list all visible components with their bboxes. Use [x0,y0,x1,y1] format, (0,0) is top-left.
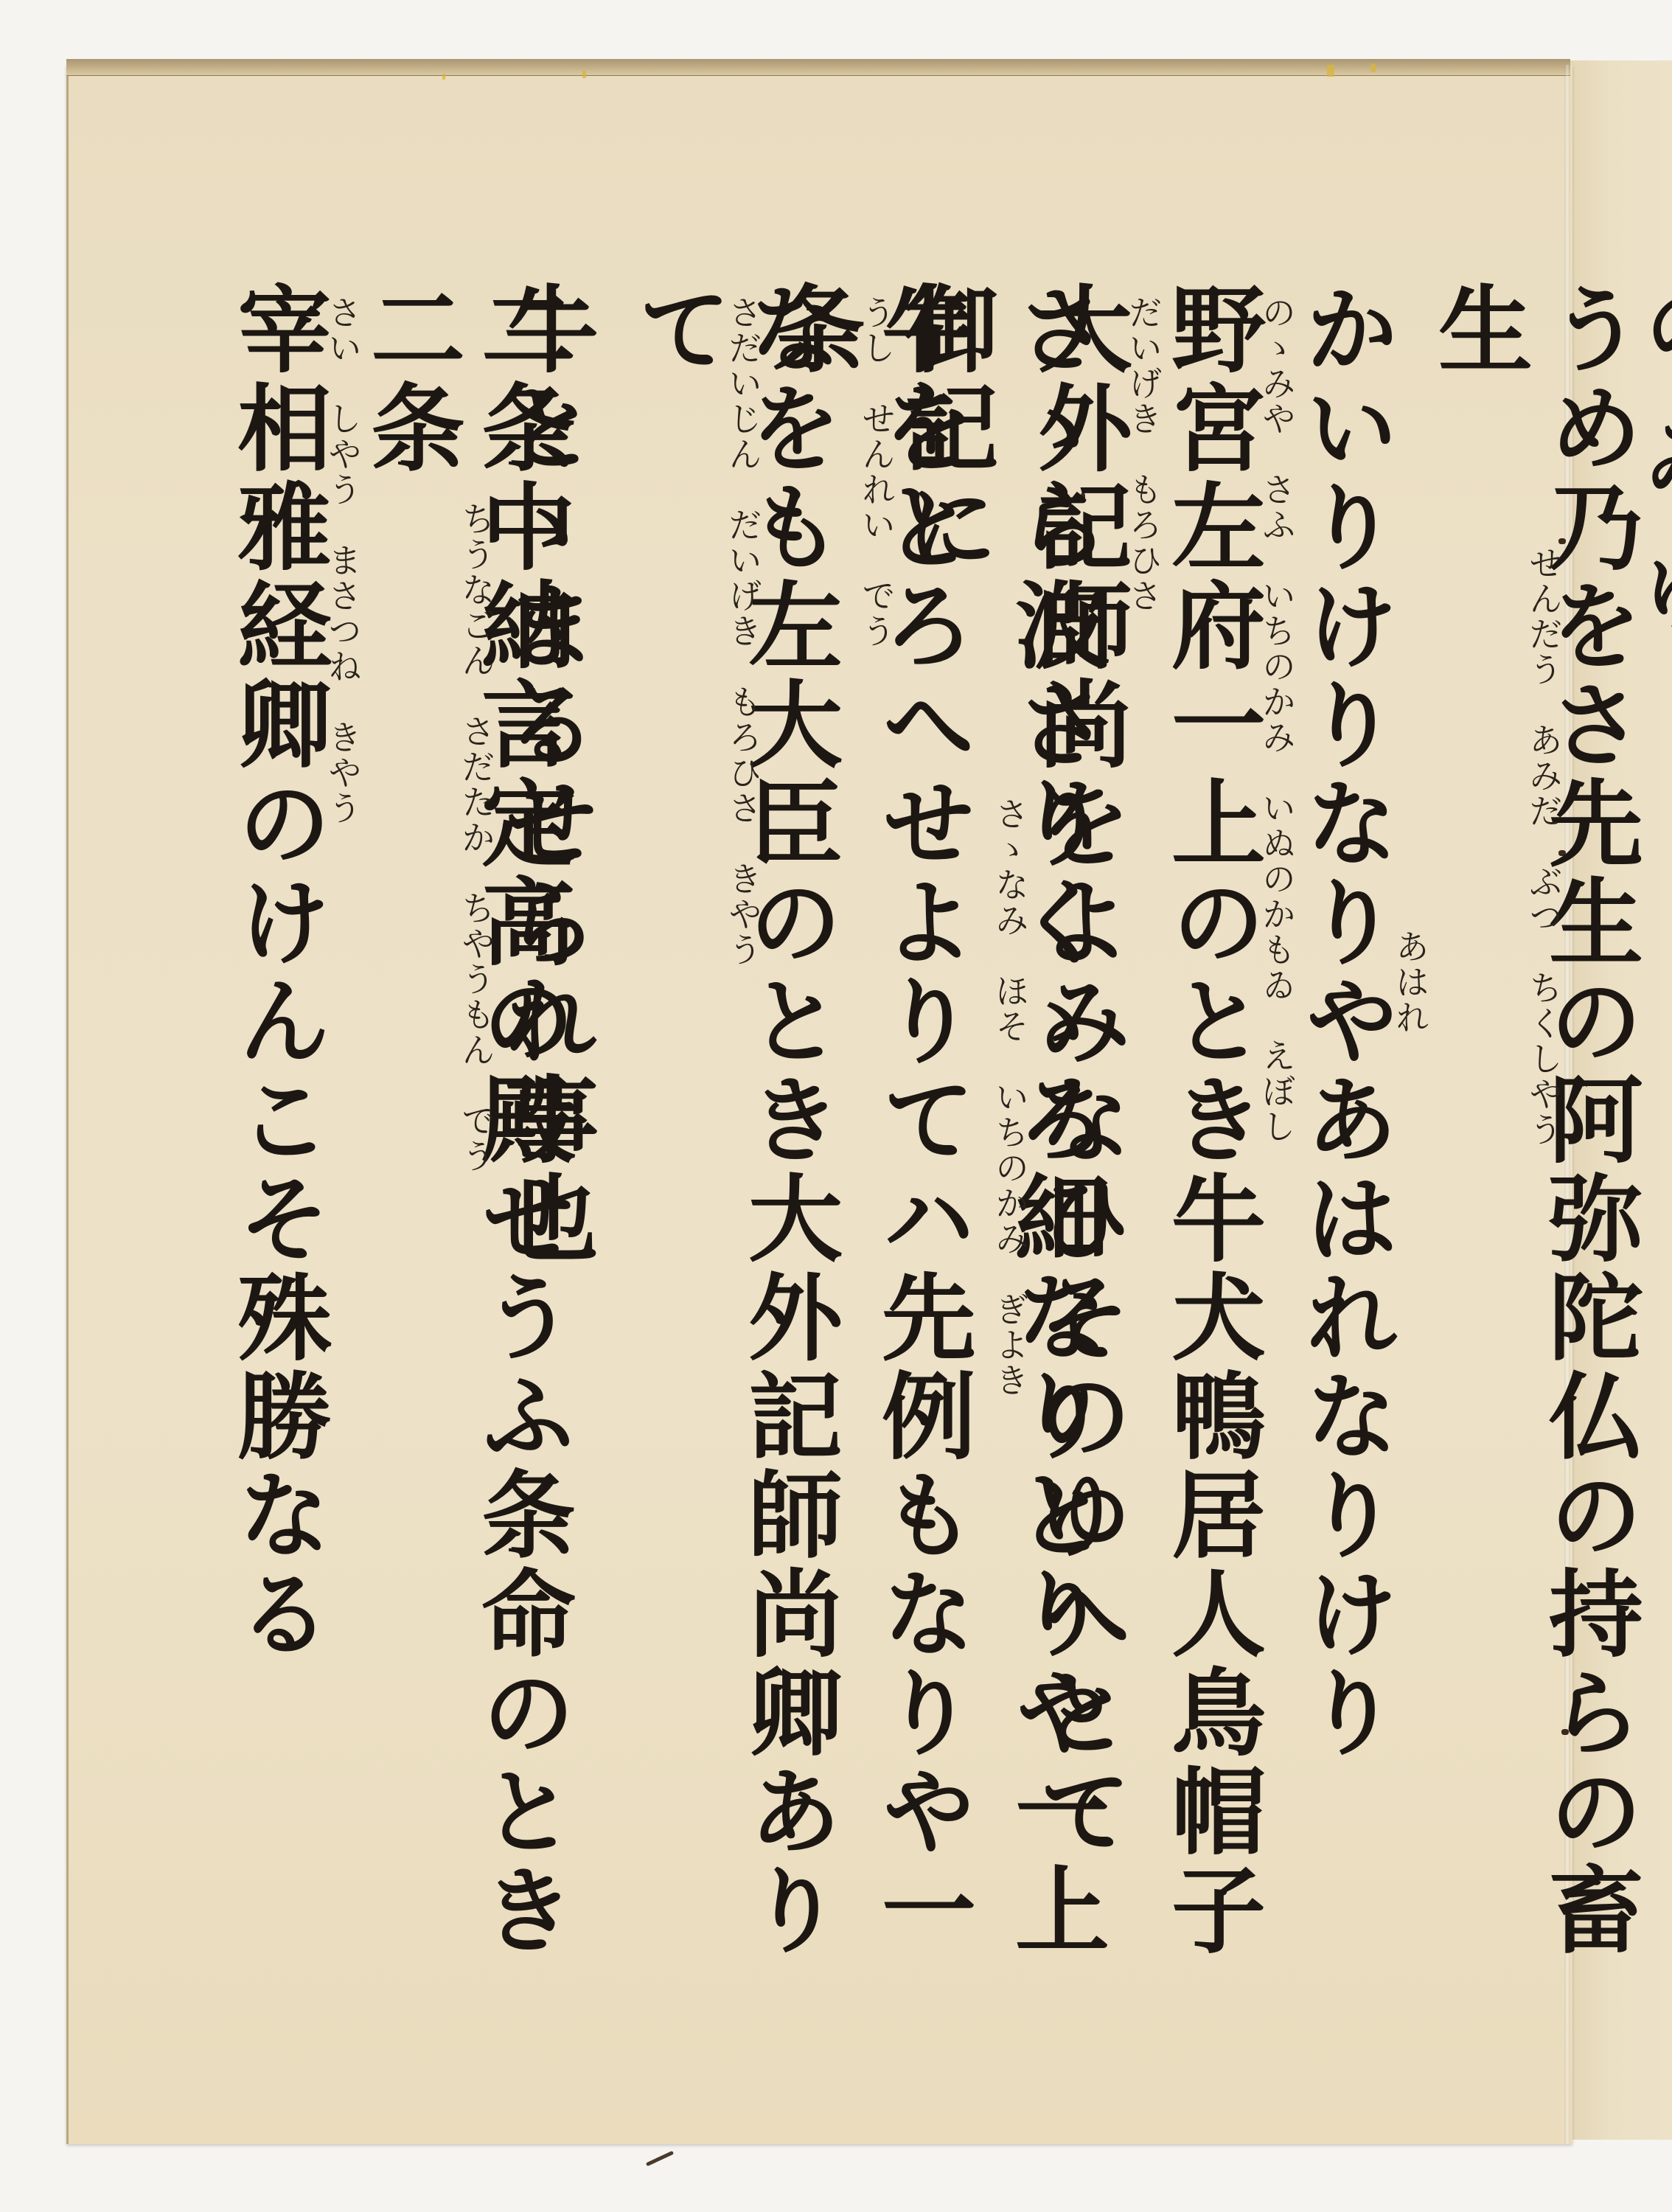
column-main-text: 宰相雅経卿のけんこそ殊勝なる [221,280,332,1663]
column-furigana: あはれ [1392,929,1429,1035]
text-column-9: 二条中納言定高の殿せうふ条命のとき二条 ちうなごん さだたか ちやうもん でう [347,280,481,2050]
column-furigana: さゝなみ ほそ いちのかみ ぎよき [992,796,1028,1398]
column-furigana: うし せんれい でう [858,295,895,649]
column-furigana: さだいじん だいげき もろひさ きやう [725,295,762,967]
column-furigana: せんだう あみだ ぶつ ちくしやう [1525,546,1562,1147]
column-furigana: のゝみや さふ いちのかみ いぬのかもゐ えぼし [1258,295,1295,1144]
facing-page-text-fragment: のみゆ [1633,280,1672,678]
text-column-7: なをも左大臣のとき大外記師尚卿ありて さだいじん だいげき もろひさ きやう [614,280,748,2050]
gold-fleck [1371,63,1376,72]
text-columns: うめ乃をさ先生の阿弥陀仏の持らの畜生 せんだう あみだ ぶつ ちくしやう かいり… [214,280,1548,2050]
text-column-1: うめ乃をさ先生の阿弥陀仏の持らの畜生 せんだう あみだ ぶつ ちくしやう [1415,280,1548,2050]
page-top-edge [66,59,1570,76]
text-column-3: 野宮左府一上のとき牛犬鴨居人鳥帽子 のゝみや さふ いちのかみ いぬのかもゐ え… [1148,280,1281,2050]
column-furigana: さい しやう まさつね きやう [324,295,361,826]
column-main-text: かいりけりなりやあはれなりけり [1289,280,1399,1762]
text-column-10: 宰相雅経卿のけんこそ殊勝なる さい しやう まさつね きやう [214,280,347,2050]
gold-fleck [1327,65,1334,77]
gold-fleck [582,71,586,78]
column-main-text: 野宮左府一上のとき牛犬鴨居人鳥帽子 [1155,280,1266,1960]
column-furigana: ちうなごん さだたか ちやうもん でう [458,501,495,1174]
column-furigana: だいげき もろひさ [1125,295,1162,613]
gold-fleck [442,74,445,80]
text-column-2: かいりけりなりやあはれなりけり あはれ [1281,280,1415,2050]
